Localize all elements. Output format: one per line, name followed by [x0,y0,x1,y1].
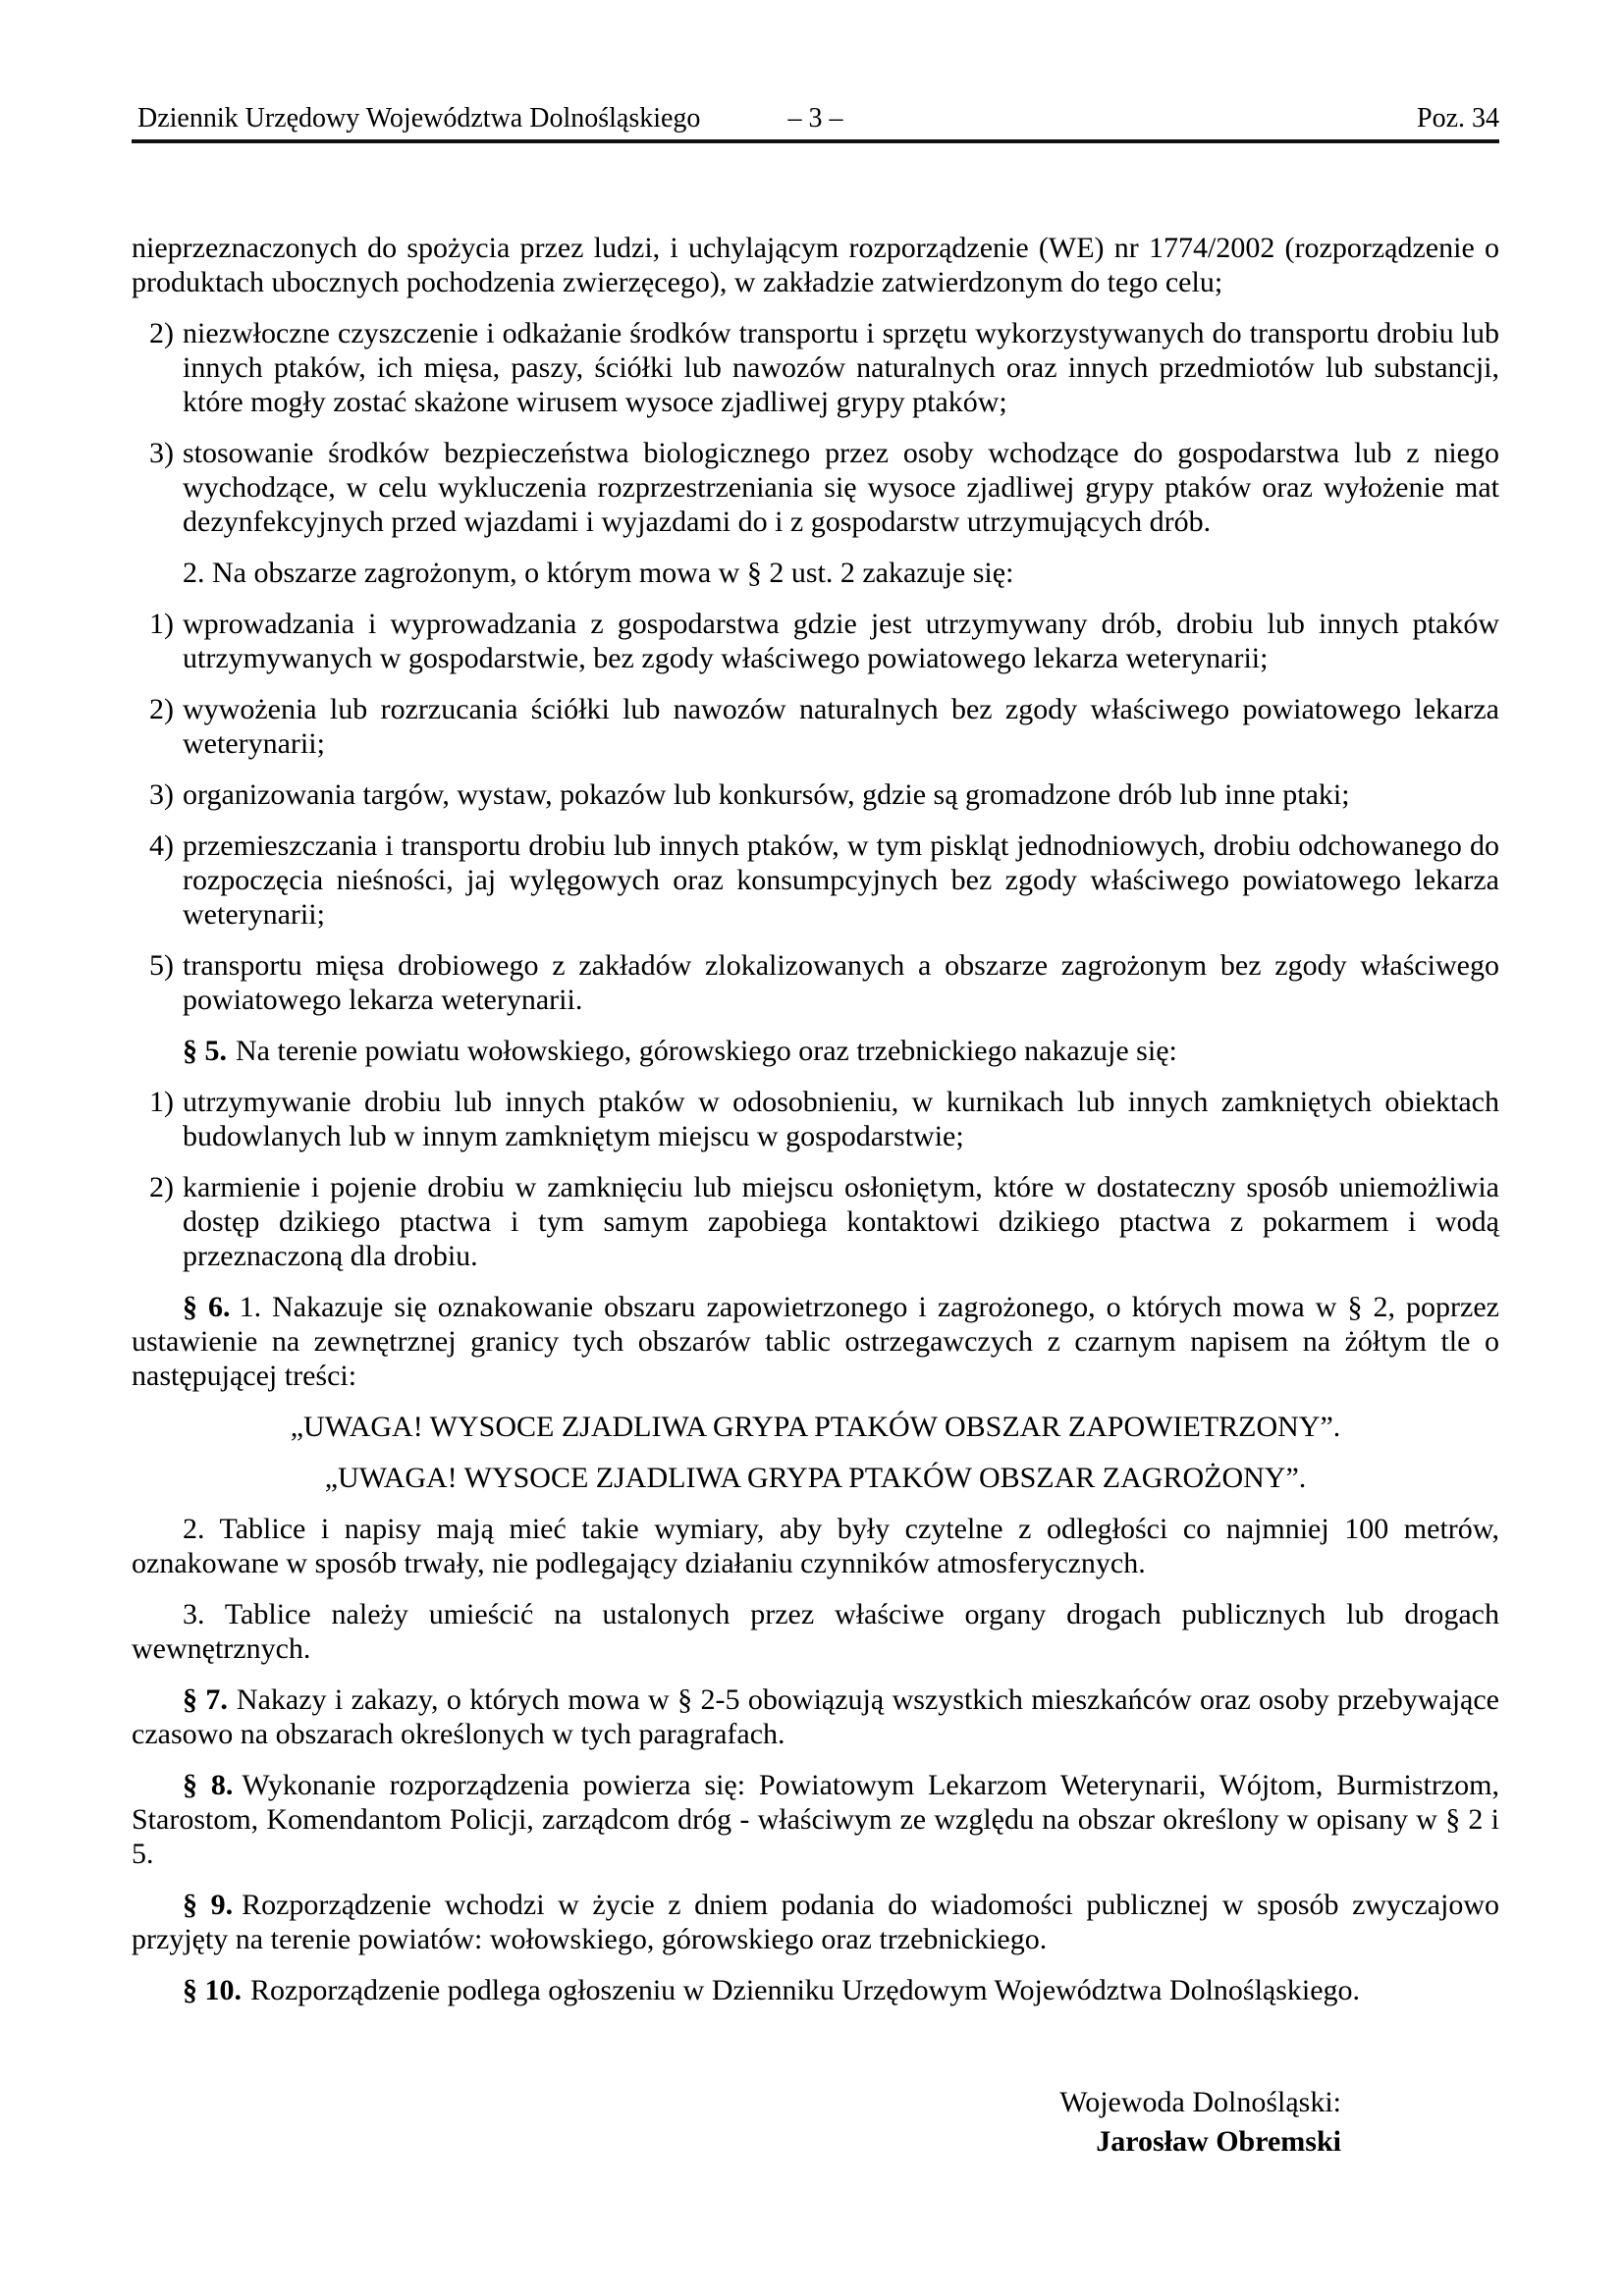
list-item-text: utrzymywanie drobiu lub innych ptaków w … [183,1086,1499,1152]
section-text: 1. Nakazuje się oznakowanie obszaru zapo… [132,1291,1499,1392]
list-item-text: karmienie i pojenie drobiu w zamknięciu … [183,1171,1499,1272]
list-marker: 3) [149,436,174,470]
page-header: Dziennik Urzędowy Województwa Dolnośląsk… [132,102,1499,135]
list-marker: 3) [149,777,174,812]
journal-title: Dziennik Urzędowy Województwa Dolnośląsk… [137,102,700,135]
list-item-text: niezwłoczne czyszczenie i odkażanie środ… [183,317,1499,418]
header-divider [132,139,1499,143]
page-number: – 3 – [788,102,843,135]
signature-block: Wojewoda Dolnośląski: Jarosław Obremski [1059,2083,1341,2162]
numbered-paragraph: 2. Tablice i napisy mają mieć takie wymi… [132,1512,1499,1580]
list-item: 2) karmienie i pojenie drobiu w zamknięc… [132,1170,1499,1273]
list-marker: 1) [149,607,174,641]
list-item: 3) organizowania targów, wystaw, pokazów… [132,777,1499,812]
section-text: Rozporządzenie podlega ogłoszeniu w Dzie… [250,1974,1360,2006]
section-number: § 7. [183,1683,228,1716]
section-text: Rozporządzenie wchodzi w życie z dniem p… [132,1889,1499,1955]
list-item: 4) przemieszczania i transportu drobiu l… [132,828,1499,932]
list-item: 1) wprowadzania i wyprowadzania z gospod… [132,607,1499,675]
section-paragraph: § 9.Rozporządzenie wchodzi w życie z dni… [132,1888,1499,1956]
signature-title: Wojewoda Dolnośląski: [1059,2083,1341,2122]
list-item: 3) stosowanie środków bezpieczeństwa bio… [132,436,1499,539]
warning-sign-text-zapowietrzony: „UWAGA! WYSOCE ZJADLIWA GRYPA PTAKÓW OBS… [132,1410,1499,1444]
position-number: Poz. 34 [1417,102,1499,135]
section-paragraph: § 5.Na terenie powiatu wołowskiego, góro… [132,1034,1499,1068]
list-item: 1) utrzymywanie drobiu lub innych ptaków… [132,1085,1499,1153]
list-item-text: wywożenia lub rozrzucania ściółki lub na… [183,693,1499,760]
list-marker: 4) [149,828,174,863]
list-item: 5) transportu mięsa drobiowego z zakładó… [132,948,1499,1017]
list-item-text: stosowanie środków bezpieczeństwa biolog… [183,437,1499,538]
list-marker: 5) [149,948,174,983]
section-number: § 8. [183,1769,233,1801]
section-paragraph: § 7.Nakazy i zakazy, o których mowa w § … [132,1682,1499,1751]
signature-name: Jarosław Obremski [1059,2122,1341,2162]
section-paragraph: § 10.Rozporządzenie podlega ogłoszeniu w… [132,1973,1499,2007]
list-item-text: wprowadzania i wyprowadzania z gospodars… [183,608,1499,674]
continuation-paragraph: nieprzeznaczonych do spożycia przez ludz… [132,231,1499,299]
list-marker: 1) [149,1085,174,1119]
numbered-paragraph: 3. Tablice należy umieścić na ustalonych… [132,1597,1499,1666]
document-page: Dziennik Urzędowy Województwa Dolnośląsk… [0,0,1624,2296]
list-item-text: przemieszczania i transportu drobiu lub … [183,829,1499,931]
list-marker: 2) [149,692,174,726]
warning-sign-text-zagrozony: „UWAGA! WYSOCE ZJADLIWA GRYPA PTAKÓW OBS… [132,1461,1499,1495]
list-item-text: transportu mięsa drobiowego z zakładów z… [183,949,1499,1016]
section-paragraph: § 8.Wykonanie rozporządzenia powierza si… [132,1768,1499,1871]
list-marker: 2) [149,1170,174,1204]
section-paragraph: § 6.1. Nakazuje się oznakowanie obszaru … [132,1290,1499,1393]
list-item: 2) wywożenia lub rozrzucania ściółki lub… [132,692,1499,761]
section-number: § 10. [183,1974,242,2006]
section-text: Nakazy i zakazy, o których mowa w § 2-5 … [132,1683,1499,1750]
numbered-paragraph: 2. Na obszarze zagrożonym, o którym mowa… [132,556,1499,590]
section-text: Na terenie powiatu wołowskiego, górowski… [236,1035,1177,1067]
list-item-text: organizowania targów, wystaw, pokazów lu… [183,778,1350,811]
document-body: nieprzeznaczonych do spożycia przez ludz… [132,231,1499,2007]
list-marker: 2) [149,316,174,350]
section-number: § 9. [183,1889,233,1921]
section-number: § 6. [183,1291,231,1323]
section-text: Wykonanie rozporządzenia powierza się: P… [132,1769,1499,1870]
list-item: 2) niezwłoczne czyszczenie i odkażanie ś… [132,316,1499,419]
section-number: § 5. [183,1035,227,1067]
